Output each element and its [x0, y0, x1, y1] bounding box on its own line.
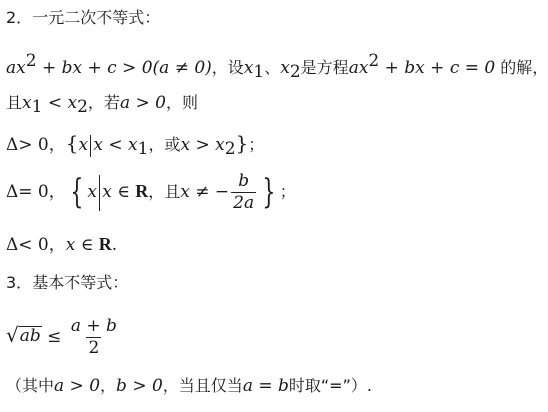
text: 的解， [495, 58, 548, 77]
math: x < x [93, 135, 137, 155]
quadratic-inequality-line: ax2 + bx + c > 0(a ≠ 0)，设x1、x2是方程ax2 + b… [6, 53, 548, 81]
math: b > 0 [116, 376, 163, 396]
numerator: a + b [69, 318, 119, 337]
fraction: a + b2 [69, 318, 119, 357]
case-delta-positive: Δ> 0，{xx < x1，或x > x2}； [6, 133, 264, 158]
subscript: 1 [32, 97, 43, 117]
text: （其中 [6, 376, 54, 395]
text: 且 [6, 93, 22, 112]
math: ≤ [42, 327, 67, 347]
right-brace: } [262, 175, 275, 209]
math: + bx + c > 0(a ≠ 0) [37, 58, 212, 78]
text: ； [280, 182, 296, 201]
subscript: 2 [290, 62, 301, 82]
real-numbers-symbol: R [135, 181, 148, 201]
math: x ≠ − [180, 182, 229, 202]
math: x [244, 58, 254, 78]
section-3-heading: 3．基本不等式： [6, 275, 128, 292]
math: a = b [243, 376, 289, 396]
math: x [280, 58, 290, 78]
math: x [22, 93, 32, 113]
text: ，若 [88, 93, 120, 112]
numerator: b [236, 173, 251, 192]
subscript: 2 [225, 139, 236, 159]
text: 是方程 [301, 58, 349, 77]
square-root: √ab [6, 325, 42, 345]
math: . [112, 235, 117, 255]
exponent: 2 [368, 51, 379, 71]
exponent: 2 [26, 51, 37, 71]
denominator: 2 [86, 337, 101, 357]
math: x [68, 93, 78, 113]
math: Δ> 0， [6, 135, 66, 155]
left-brace: { [70, 175, 83, 209]
math: ax [6, 58, 26, 78]
case-delta-negative: Δ< 0，x ∈ R. [6, 235, 117, 254]
left-brace: { [66, 131, 79, 155]
text: ，则 [166, 93, 198, 112]
text: 、 [264, 58, 280, 77]
math: Δ< 0， [6, 235, 66, 255]
real-numbers-symbol: R [99, 234, 112, 254]
radicand: ab [19, 326, 42, 345]
subscript: 1 [253, 62, 264, 82]
subscript: 1 [138, 139, 149, 159]
subscript: 2 [77, 97, 88, 117]
text: ， [100, 376, 116, 395]
text: ，设 [212, 58, 244, 77]
text: ，或 [148, 135, 180, 154]
heading-text: 一元二次不等式： [32, 8, 160, 27]
heading-number: 3． [6, 273, 32, 292]
radical-sign: √ [6, 325, 19, 345]
text: 时取“=”）. [289, 376, 372, 395]
text: ； [248, 135, 264, 154]
math: a > 0 [120, 93, 166, 113]
set-divider [99, 175, 100, 211]
condition-note: （其中a > 0，b > 0，当且仅当a = b时取“=”）. [6, 378, 372, 395]
denominator: 2a [231, 192, 256, 212]
heading-number: 2． [6, 8, 32, 27]
math: ax [349, 58, 369, 78]
am-gm-formula: √ab ≤ a + b2 [6, 318, 121, 357]
math: x [78, 135, 88, 155]
text: ，当且仅当 [163, 376, 243, 395]
text: ，且 [148, 182, 180, 201]
math: + bx + c = 0 [379, 58, 495, 78]
math: x > x [180, 135, 224, 155]
fraction: b2a [231, 173, 256, 212]
root-order-line: 且x1 < x2，若a > 0，则 [6, 95, 198, 116]
section-2-heading: 2．一元二次不等式： [6, 10, 160, 27]
math: < [42, 93, 67, 113]
math: Δ= 0， [6, 182, 66, 202]
math: x ∈ [66, 235, 99, 255]
math: x [87, 182, 97, 202]
math: x ∈ [102, 182, 135, 202]
right-brace: } [236, 131, 249, 155]
heading-text: 基本不等式： [32, 273, 128, 292]
case-delta-zero: Δ= 0，{xx ∈ R，且x ≠ −b2a}； [6, 173, 296, 212]
math: a > 0 [54, 376, 100, 396]
set-divider [90, 135, 91, 157]
